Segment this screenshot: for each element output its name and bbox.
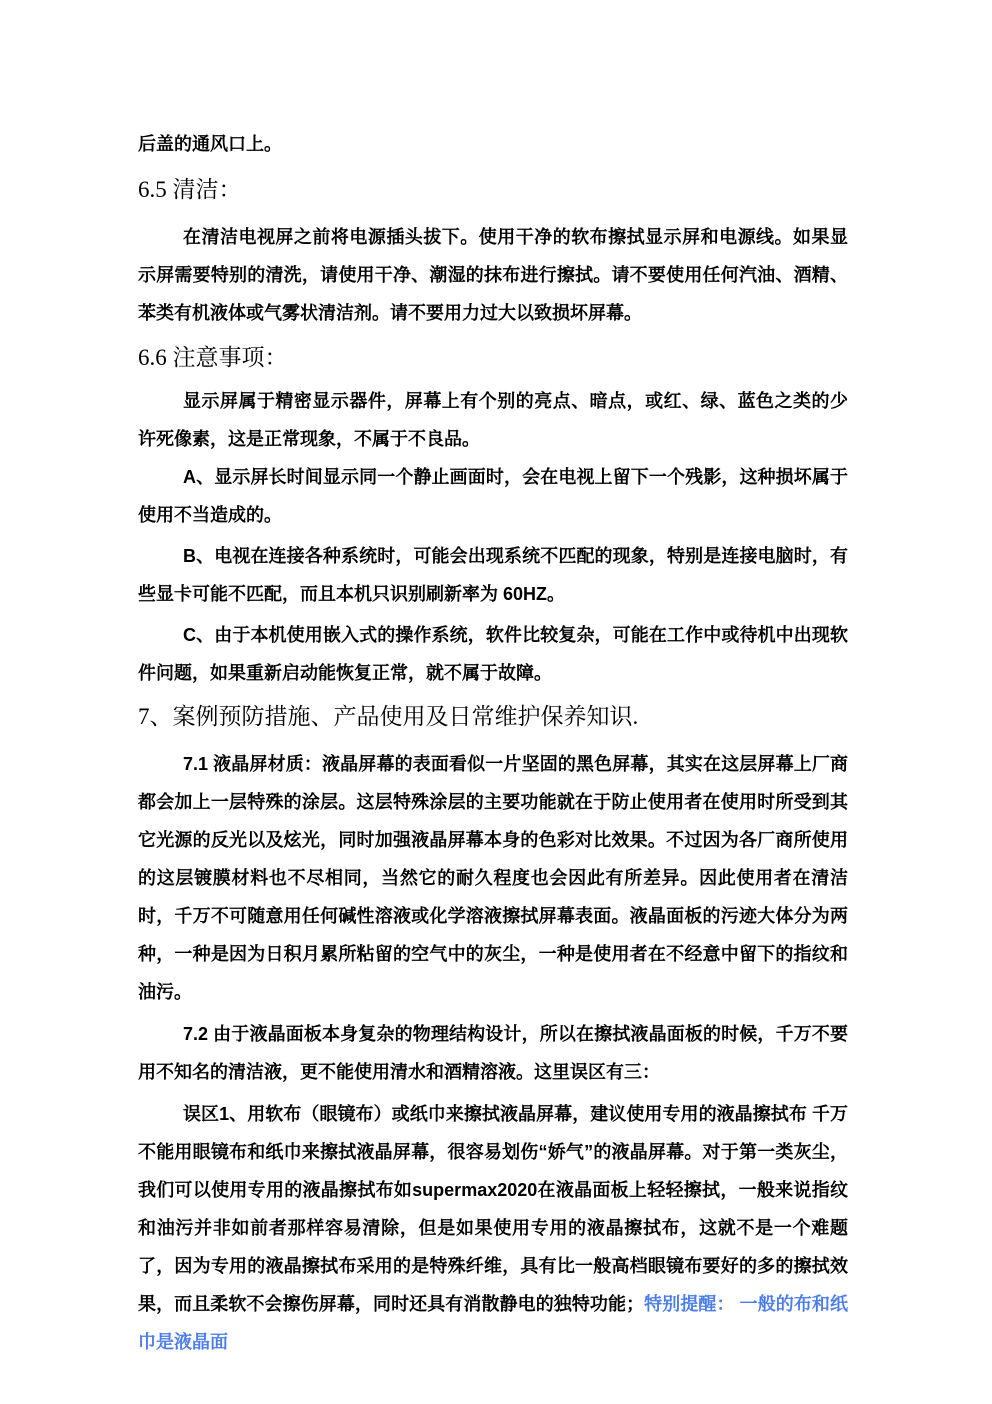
paragraph-6-5-body: 在清洁电视屏之前将电源插头拔下。使用干净的软布擦拭显示屏和电源线。如果显示屏需要… — [138, 218, 848, 332]
paragraph-misconception-1: 误区1、用软布（眼镜布）或纸巾来擦拭液晶屏幕，建议使用专用的液晶擦拭布 千万不能… — [138, 1095, 848, 1361]
paragraph-item-b: B、电视在连接各种系统时，可能会出现系统不匹配的现象，特别是连接电脑时，有些显卡… — [138, 537, 848, 613]
paragraph-7-1-lcd-material: 7.1 液晶屏材质：液晶屏幕的表面看似一片坚固的黑色屏幕，其实在这层屏幕上厂商都… — [138, 745, 848, 1011]
misconception-1-text: 误区1、用软布（眼镜布）或纸巾来擦拭液晶屏幕，建议使用专用的液晶擦拭布 千万不能… — [138, 1104, 848, 1314]
heading-7-maintenance-knowledge: 7、案例预防措施、产品使用及日常维护保养知识. — [138, 698, 848, 736]
paragraph-item-c: C、由于本机使用嵌入式的操作系统，软件比较复杂，可能在工作中或待机中出现软件问题… — [138, 616, 848, 692]
paragraph-item-a: A、显示屏长时间显示同一个静止画面时，会在电视上留下一个残影，这种损坏属于使用不… — [138, 458, 848, 534]
document-page: 后盖的通风口上。 6.5 清洁： 在清洁电视屏之前将电源插头拔下。使用干净的软布… — [0, 0, 992, 1404]
paragraph-6-6-intro: 显示屏属于精密显示器件，屏幕上有个别的亮点、暗点，或红、绿、蓝色之类的少许死像素… — [138, 382, 848, 458]
paragraph-7-2-wiping: 7.2 由于液晶面板本身复杂的物理结构设计，所以在擦拭液晶面板的时候，千万不要用… — [138, 1015, 848, 1091]
paragraph-prev-continuation: 后盖的通风口上。 — [138, 125, 848, 163]
heading-6-5-cleaning: 6.5 清洁： — [138, 171, 848, 209]
heading-6-6-notes: 6.6 注意事项： — [138, 339, 848, 377]
document-content: 后盖的通风口上。 6.5 清洁： 在清洁电视屏之前将电源插头拔下。使用干净的软布… — [138, 125, 848, 1361]
